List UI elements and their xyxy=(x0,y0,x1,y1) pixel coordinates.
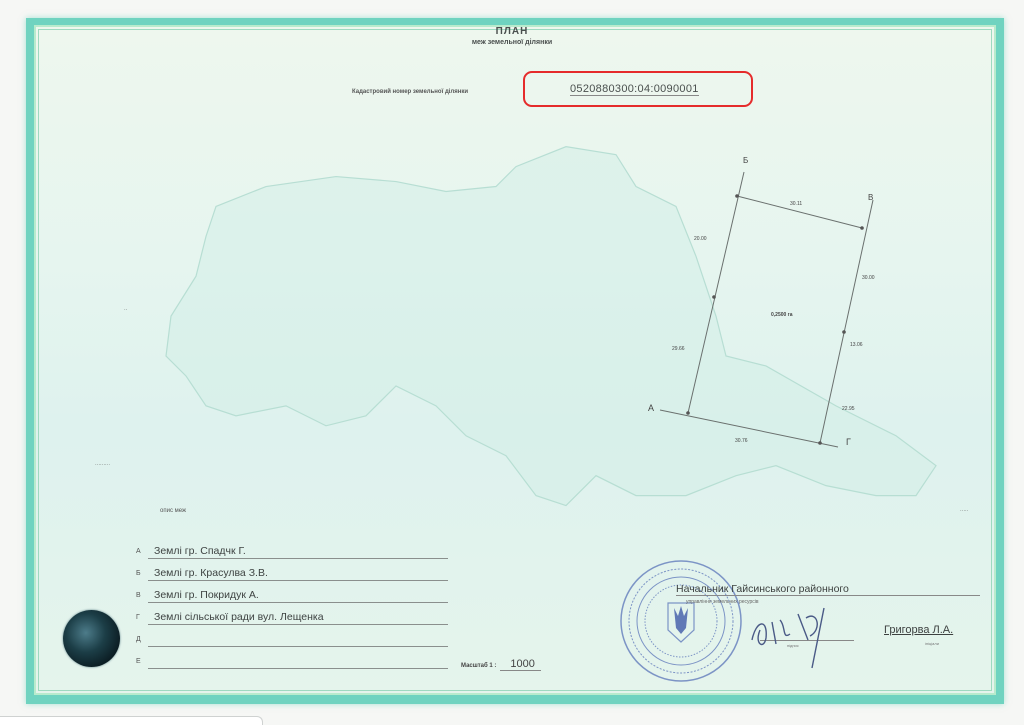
side-ab-lower-length: 29.66 xyxy=(672,346,685,352)
legend-line xyxy=(148,558,448,559)
side-vg-upper-length: 30.00 xyxy=(862,275,875,281)
legend-text: Землі сільської ради вул. Лещенка xyxy=(154,611,324,623)
legend-row: Б Землі гр. Красулва З.В. xyxy=(130,566,448,584)
handwritten-signature xyxy=(746,600,866,670)
side-vg-middle-length: 13.06 xyxy=(850,342,863,348)
legend-key: Б xyxy=(136,570,141,577)
legend-line xyxy=(148,602,448,603)
legend-line xyxy=(148,624,448,625)
point-a-label: А xyxy=(648,403,654,413)
legend-row: Г Землі сільської ради вул. Лещенка xyxy=(130,610,448,628)
print-mark: ········· xyxy=(95,462,110,468)
legend-line xyxy=(148,580,448,581)
bottom-panel-edge xyxy=(0,716,263,725)
scale: Масштаб 1 :1000 xyxy=(461,654,541,672)
legend-text: Землі гр. Спадчк Г. xyxy=(154,545,246,557)
hologram-sticker xyxy=(63,610,120,667)
legend-row: Д xyxy=(130,632,448,650)
legend-key: В xyxy=(136,592,141,599)
point-b-label: Б xyxy=(743,156,748,165)
legend-key: Д xyxy=(136,636,141,643)
legend-row: Е xyxy=(130,654,448,672)
official-seal xyxy=(618,558,744,684)
legend-text: Землі гр. Красулва З.В. xyxy=(154,567,268,579)
point-v-label: В xyxy=(868,193,873,202)
legend-text: Землі гр. Покридук А. xyxy=(154,589,259,601)
side-ab xyxy=(688,172,744,413)
legend-key: Г xyxy=(136,614,140,621)
scale-label: Масштаб 1 : xyxy=(461,663,496,669)
side-ga-length: 30.76 xyxy=(735,438,748,444)
signer-name-caption: ініціали xyxy=(925,641,939,646)
scale-value: 1000 xyxy=(500,658,540,671)
trident-icon xyxy=(674,606,688,634)
legend-line xyxy=(148,646,448,647)
legend-title: опис меж xyxy=(160,508,186,514)
legend-key: А xyxy=(136,548,141,555)
signer-position: Начальник Гайсинського районного xyxy=(676,583,980,596)
side-ga xyxy=(660,410,838,447)
plot-area: 0,2500 га xyxy=(771,312,793,318)
side-bv-length: 30.11 xyxy=(790,201,802,207)
legend-key: Е xyxy=(136,658,141,665)
signer-name: Григорва Л.А. xyxy=(884,624,953,636)
side-vg-lower-length: 22.95 xyxy=(842,406,855,412)
legend-line xyxy=(148,668,448,669)
legend-row: А Землі гр. Спадчк Г. xyxy=(130,544,448,562)
legend-row: В Землі гр. Покридук А. xyxy=(130,588,448,606)
side-ab-upper-length: 20.00 xyxy=(694,236,707,242)
point-g-label: Г xyxy=(846,437,851,447)
print-mark: ·· xyxy=(124,307,127,313)
print-mark: ····· xyxy=(960,508,968,514)
